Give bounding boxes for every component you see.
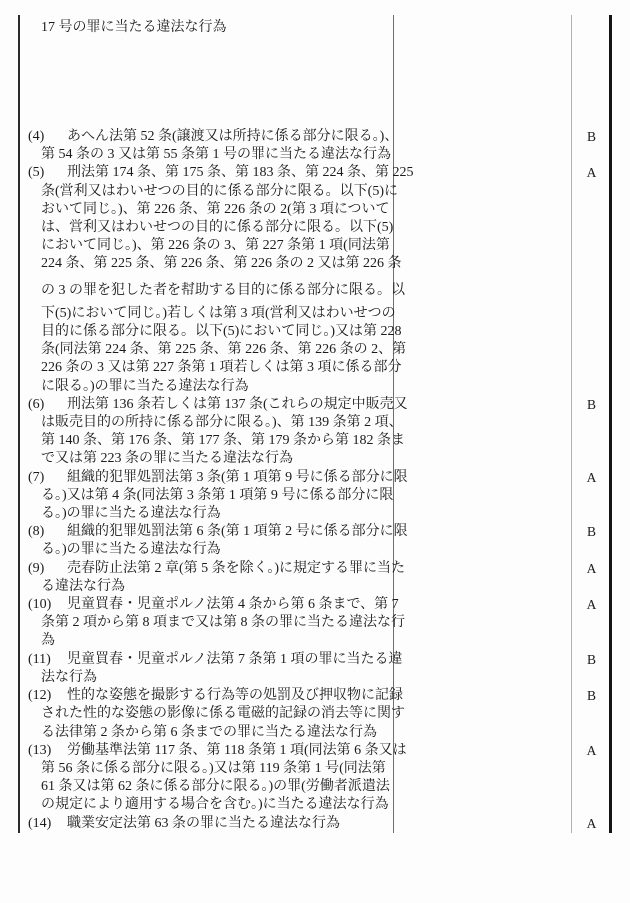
table-row-carryover: 17 号の罪に当たる違法な行為 bbox=[18, 19, 612, 128]
item-text-cell: (8)組織的犯罪処罰法第 6 条(第 1 項第 2 号に係る部分に限る。)の罪に… bbox=[18, 523, 393, 559]
item-number: (13) bbox=[28, 742, 67, 760]
item-number: (6) bbox=[28, 396, 67, 414]
grade-label: A bbox=[571, 469, 612, 487]
item-continuation-line: は、営利又はわいせつの目的に係る部分に限る。以下(5) bbox=[28, 219, 387, 237]
grade-label: B bbox=[571, 128, 612, 146]
item-number: (10) bbox=[28, 596, 67, 614]
item-continuation-line: る。)又は第 4 条(同法第 3 条第 1 項第 9 号に係る部分に限 bbox=[28, 487, 387, 505]
item-first-line: (12)性的な姿態を撮影する行為等の処罰及び押収物に記録 bbox=[28, 687, 387, 705]
item-first-line: (13)労働基準法第 117 条、第 118 条第 1 項(同法第 6 条又は bbox=[28, 742, 387, 760]
table-row: (12)性的な姿態を撮影する行為等の処罰及び押収物に記録された性的な姿態の影像に… bbox=[18, 687, 612, 742]
item-continuation-line: る法律第 2 条から第 6 条までの罪に当たる違法な行為 bbox=[28, 724, 387, 742]
item-grade-cell: A bbox=[571, 596, 612, 651]
item-continuation-line: 第 140 条、第 176 条、第 177 条、第 179 条から第 182 条… bbox=[28, 432, 387, 450]
item-first-line: (4)あへん法第 52 条(譲渡又は所持に係る部分に限る。)、 bbox=[28, 128, 387, 146]
item-text: あへん法第 52 条(譲渡又は所持に係る部分に限る。)、 bbox=[67, 129, 398, 144]
item-text-cell: (7)組織的犯罪処罰法第 3 条(第 1 項第 9 号に係る部分に限る。)又は第… bbox=[18, 469, 393, 524]
table-rows: 17 号の罪に当たる違法な行為(4)あへん法第 52 条(譲渡又は所持に係る部分… bbox=[18, 15, 612, 833]
item-continuation-line: された性的な姿態の影像に係る電磁的記録の消去等に関す bbox=[28, 705, 387, 723]
item-continuation-line: 224 条、第 225 条、第 226 条、第 226 条の 2 又は第 226… bbox=[28, 255, 387, 273]
item-continuation-line: は販売目的の所持に係る部分に限る。)、第 139 条第 2 項、 bbox=[28, 414, 387, 432]
item-text: 性的な姿態を撮影する行為等の処罰及び押収物に記録 bbox=[67, 688, 403, 703]
item-grade-cell: A bbox=[571, 164, 612, 395]
item-grade-cell: A bbox=[571, 560, 612, 596]
item-first-line: (5)刑法第 174 条、第 175 条、第 183 条、第 224 条、第 2… bbox=[28, 164, 387, 182]
item-middle-cell bbox=[393, 687, 571, 742]
item-text-cell: (9)売春防止法第 2 章(第 5 条を除く。)に規定する罪に当たる違法な行為 bbox=[18, 560, 393, 596]
item-grade-cell: B bbox=[571, 523, 612, 559]
table-row: (11)児童買春・児童ポルノ法第 7 条第 1 項の罪に当たる違法な行為B bbox=[18, 651, 612, 687]
item-continuation-line: で又は第 223 条の罪に当たる違法な行為 bbox=[28, 450, 387, 468]
item-middle-cell bbox=[393, 815, 571, 833]
item-text: 職業安定法第 63 条の罪に当たる違法な行為 bbox=[67, 816, 340, 831]
table-row: (9)売春防止法第 2 章(第 5 条を除く。)に規定する罪に当たる違法な行為A bbox=[18, 560, 612, 596]
item-grade-cell: B bbox=[571, 651, 612, 687]
item-continuation-line: 為 bbox=[28, 632, 387, 650]
item-middle-cell bbox=[393, 651, 571, 687]
item-middle-cell bbox=[393, 396, 571, 469]
item-number: (5) bbox=[28, 164, 67, 182]
item-number: (4) bbox=[28, 128, 67, 146]
item-text-cell: (6)刑法第 136 条若しくは第 137 条(これらの規定中販売又は販売目的の… bbox=[18, 396, 393, 469]
table-row: (14)職業安定法第 63 条の罪に当たる違法な行為A bbox=[18, 815, 612, 833]
document-page: 17 号の罪に当たる違法な行為(4)あへん法第 52 条(譲渡又は所持に係る部分… bbox=[0, 0, 630, 903]
item-text: 刑法第 174 条、第 175 条、第 183 条、第 224 条、第 225 bbox=[67, 165, 414, 180]
table-row: (8)組織的犯罪処罰法第 6 条(第 1 項第 2 号に係る部分に限る。)の罪に… bbox=[18, 523, 612, 559]
grade-label: A bbox=[571, 164, 612, 182]
item-text: 組織的犯罪処罰法第 6 条(第 1 項第 2 号に係る部分に限 bbox=[67, 524, 408, 539]
item-continuation-line: の 3 の罪を犯した者を幇助する目的に係る部分に限る。以 bbox=[28, 282, 387, 300]
item-number: (8) bbox=[28, 523, 67, 541]
item-first-line: (6)刑法第 136 条若しくは第 137 条(これらの規定中販売又 bbox=[28, 396, 387, 414]
item-continuation-line: 下(5)において同じ。)若しくは第 3 項(営利又はわいせつの bbox=[28, 305, 387, 323]
item-middle-cell bbox=[393, 523, 571, 559]
item-continuation-line: 第 54 条の 3 又は第 55 条第 1 号の罪に当たる違法な行為 bbox=[28, 146, 387, 164]
item-text-cell: (13)労働基準法第 117 条、第 118 条第 1 項(同法第 6 条又は第… bbox=[18, 742, 393, 815]
item-text-cell: (11)児童買春・児童ポルノ法第 7 条第 1 項の罪に当たる違法な行為 bbox=[18, 651, 393, 687]
item-number: (12) bbox=[28, 687, 67, 705]
table-row: (4)あへん法第 52 条(譲渡又は所持に係る部分に限る。)、第 54 条の 3… bbox=[18, 128, 612, 164]
item-first-line: (8)組織的犯罪処罰法第 6 条(第 1 項第 2 号に係る部分に限 bbox=[28, 523, 387, 541]
grade-label: A bbox=[571, 742, 612, 760]
item-continuation-line: る。)の罪に当たる違法な行為 bbox=[28, 541, 387, 559]
item-text-cell: (12)性的な姿態を撮影する行為等の処罰及び押収物に記録された性的な姿態の影像に… bbox=[18, 687, 393, 742]
item-text-cell: (5)刑法第 174 条、第 175 条、第 183 条、第 224 条、第 2… bbox=[18, 164, 393, 395]
item-middle-cell bbox=[393, 596, 571, 651]
carryover-grade-cell bbox=[571, 19, 612, 128]
grade-label: B bbox=[571, 651, 612, 669]
item-first-line: (14)職業安定法第 63 条の罪に当たる違法な行為 bbox=[28, 815, 387, 833]
item-continuation-line: る。)の罪に当たる違法な行為 bbox=[28, 505, 387, 523]
item-continuation-line: る違法な行為 bbox=[28, 578, 387, 596]
item-number: (9) bbox=[28, 560, 67, 578]
item-middle-cell bbox=[393, 164, 571, 395]
grade-label: B bbox=[571, 523, 612, 541]
table-row: (7)組織的犯罪処罰法第 3 条(第 1 項第 9 号に係る部分に限る。)又は第… bbox=[18, 469, 612, 524]
item-continuation-line: 条(同法第 224 条、第 225 条、第 226 条、第 226 条の 2、第 bbox=[28, 341, 387, 359]
item-grade-cell: A bbox=[571, 815, 612, 833]
item-middle-cell bbox=[393, 469, 571, 524]
grade-label: A bbox=[571, 596, 612, 614]
item-text: 労働基準法第 117 条、第 118 条第 1 項(同法第 6 条又は bbox=[67, 743, 407, 758]
grade-label: A bbox=[571, 560, 612, 578]
item-text: 刑法第 136 条若しくは第 137 条(これらの規定中販売又 bbox=[67, 397, 408, 412]
item-number: (14) bbox=[28, 815, 67, 833]
item-text-cell: (10)児童買春・児童ポルノ法第 4 条から第 6 条まで、第 7条第 2 項か… bbox=[18, 596, 393, 651]
item-continuation-line: おいて同じ。)、第 226 条、第 226 条の 2(第 3 項について bbox=[28, 201, 387, 219]
item-text: 売春防止法第 2 章(第 5 条を除く。)に規定する罪に当た bbox=[67, 561, 405, 576]
item-grade-cell: B bbox=[571, 128, 612, 164]
item-continuation-line: 第 56 条に係る部分に限る。)又は第 119 条第 1 号(同法第 bbox=[28, 760, 387, 778]
carryover-text-cell: 17 号の罪に当たる違法な行為 bbox=[18, 19, 393, 128]
item-text: 児童買春・児童ポルノ法第 4 条から第 6 条まで、第 7 bbox=[67, 597, 399, 612]
item-continuation-line: において同じ。)、第 226 条の 3、第 227 条第 1 項(同法第 bbox=[28, 237, 387, 255]
grade-label: B bbox=[571, 687, 612, 705]
item-middle-cell bbox=[393, 742, 571, 815]
item-continuation-line: 61 条又は第 62 条に係る部分に限る。)の罪(労働者派遣法 bbox=[28, 778, 387, 796]
grade-label: B bbox=[571, 396, 612, 414]
carryover-middle-cell bbox=[393, 19, 571, 128]
item-text-cell: (4)あへん法第 52 条(譲渡又は所持に係る部分に限る。)、第 54 条の 3… bbox=[18, 128, 393, 164]
table-row: (6)刑法第 136 条若しくは第 137 条(これらの規定中販売又は販売目的の… bbox=[18, 396, 612, 469]
item-grade-cell: A bbox=[571, 469, 612, 524]
item-first-line: (9)売春防止法第 2 章(第 5 条を除く。)に規定する罪に当た bbox=[28, 560, 387, 578]
item-continuation-line: 条第 2 項から第 8 項まで又は第 8 条の罪に当たる違法な行 bbox=[28, 614, 387, 632]
item-continuation-line: 法な行為 bbox=[28, 669, 387, 687]
grade-label: A bbox=[571, 815, 612, 833]
table-row: (13)労働基準法第 117 条、第 118 条第 1 項(同法第 6 条又は第… bbox=[18, 742, 612, 815]
item-text-cell: (14)職業安定法第 63 条の罪に当たる違法な行為 bbox=[18, 815, 393, 833]
item-continuation-line: に限る。)の罪に当たる違法な行為 bbox=[28, 378, 387, 396]
carryover-line: 17 号の罪に当たる違法な行為 bbox=[28, 19, 387, 37]
item-continuation-line: 条(営利又はわいせつの目的に係る部分に限る。以下(5)に bbox=[28, 183, 387, 201]
item-text: 組織的犯罪処罰法第 3 条(第 1 項第 9 号に係る部分に限 bbox=[67, 470, 408, 485]
item-middle-cell bbox=[393, 560, 571, 596]
offense-classification-table: 17 号の罪に当たる違法な行為(4)あへん法第 52 条(譲渡又は所持に係る部分… bbox=[18, 15, 612, 833]
item-continuation-line: 226 条の 3 又は第 227 条第 1 項若しくは第 3 項に係る部分 bbox=[28, 359, 387, 377]
item-grade-cell: B bbox=[571, 687, 612, 742]
table-row: (10)児童買春・児童ポルノ法第 4 条から第 6 条まで、第 7条第 2 項か… bbox=[18, 596, 612, 651]
item-middle-cell bbox=[393, 128, 571, 164]
item-number: (7) bbox=[28, 469, 67, 487]
item-number: (11) bbox=[28, 651, 67, 669]
item-first-line: (11)児童買春・児童ポルノ法第 7 条第 1 項の罪に当たる違 bbox=[28, 651, 387, 669]
item-text: 児童買春・児童ポルノ法第 7 条第 1 項の罪に当たる違 bbox=[67, 652, 402, 667]
item-grade-cell: B bbox=[571, 396, 612, 469]
item-continuation-line: 目的に係る部分に限る。以下(5)において同じ。)又は第 228 bbox=[28, 323, 387, 341]
item-continuation-line: の規定により適用する場合を含む。)に当たる違法な行為 bbox=[28, 796, 387, 814]
item-first-line: (7)組織的犯罪処罰法第 3 条(第 1 項第 9 号に係る部分に限 bbox=[28, 469, 387, 487]
item-first-line: (10)児童買春・児童ポルノ法第 4 条から第 6 条まで、第 7 bbox=[28, 596, 387, 614]
item-grade-cell: A bbox=[571, 742, 612, 815]
table-row: (5)刑法第 174 条、第 175 条、第 183 条、第 224 条、第 2… bbox=[18, 164, 612, 395]
